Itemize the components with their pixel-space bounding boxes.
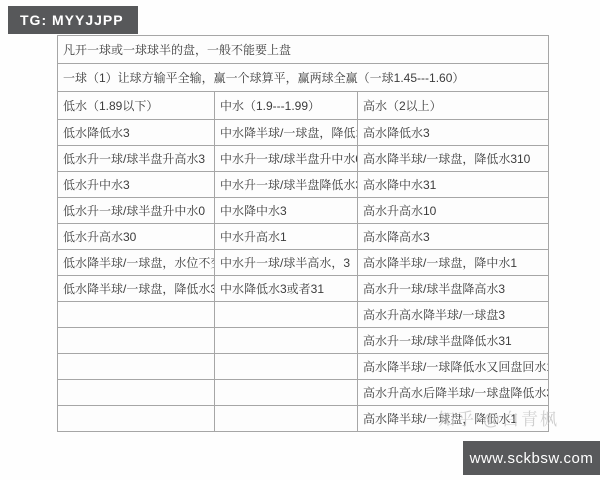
table-row: 高水降半球/一球盘，降低水1	[58, 406, 549, 432]
cell-low-2: 低水升中水3	[58, 172, 215, 198]
cell-high-2: 高水降中水31	[358, 172, 549, 198]
cell-high-7: 高水升高水降半球/一球盘3	[358, 302, 549, 328]
table-head-section: 凡开一球或一球球半的盘，一般不能要上盘 一球（1）让球方输平全输，赢一个球算平，…	[58, 36, 549, 120]
note-line-2: 一球（1）让球方输平全输，赢一个球算平，赢两球全赢（一球1.45---1.60）	[58, 64, 549, 92]
cell-mid-6: 中水降低水3或者31	[215, 276, 358, 302]
cell-high-11: 高水降半球/一球盘，降低水1	[358, 406, 549, 432]
cell-mid-7	[215, 302, 358, 328]
cell-mid-8	[215, 328, 358, 354]
cell-low-9	[58, 354, 215, 380]
note-line-1: 凡开一球或一球球半的盘，一般不能要上盘	[58, 36, 549, 64]
table-row: 低水升一球/球半盘升中水0中水降中水3高水升高水10	[58, 198, 549, 224]
cell-high-0: 高水降低水3	[358, 120, 549, 146]
cell-mid-10	[215, 380, 358, 406]
cell-high-9: 高水降半球/一球降低水又回盘回水1	[358, 354, 549, 380]
cell-low-1: 低水升一球/球半盘升高水3	[58, 146, 215, 172]
header-row: 低水（1.89以下） 中水（1.9---1.99） 高水（2以上）	[58, 92, 549, 120]
cell-low-7	[58, 302, 215, 328]
table-row: 低水升中水3中水升一球/球半盘降低水31高水降中水31	[58, 172, 549, 198]
site-badge: www.sckbsw.com	[463, 441, 600, 475]
cell-low-8	[58, 328, 215, 354]
cell-mid-1: 中水升一球/球半盘升中水0	[215, 146, 358, 172]
cell-high-10: 高水升高水后降半球/一球盘降低水3	[358, 380, 549, 406]
column-header-low: 低水（1.89以下）	[58, 92, 215, 120]
table-row: 低水升一球/球半盘升高水3中水升一球/球半盘升中水0高水降半球/一球盘，降低水3…	[58, 146, 549, 172]
tg-badge: TG: MYYJJPP	[8, 6, 138, 34]
page: TG: MYYJJPP 凡开一球或一球球半的盘，一般不能要上盘 一球（1）让球方…	[0, 0, 600, 480]
table-row: 高水升高水后降半球/一球盘降低水3	[58, 380, 549, 406]
table-body-section: 低水降低水3中水降半球/一球盘，降低水3高水降低水3低水升一球/球半盘升高水3中…	[58, 120, 549, 432]
cell-low-3: 低水升一球/球半盘升中水0	[58, 198, 215, 224]
cell-high-1: 高水降半球/一球盘，降低水310	[358, 146, 549, 172]
note-row: 一球（1）让球方输平全输，赢一个球算平，赢两球全赢（一球1.45---1.60）	[58, 64, 549, 92]
cell-low-11	[58, 406, 215, 432]
cell-high-6: 高水升一球/球半盘降高水3	[358, 276, 549, 302]
cell-low-4: 低水升高水30	[58, 224, 215, 250]
cell-high-8: 高水升一球/球半盘降低水31	[358, 328, 549, 354]
table-row: 高水升一球/球半盘降低水31	[58, 328, 549, 354]
cell-low-0: 低水降低水3	[58, 120, 215, 146]
odds-table: 凡开一球或一球球半的盘，一般不能要上盘 一球（1）让球方输平全输，赢一个球算平，…	[57, 35, 549, 432]
table-row: 低水降半球/一球盘，水位不变1中水升一球/球半高水，3高水降半球/一球盘，降中水…	[58, 250, 549, 276]
table-row: 低水降半球/一球盘，降低水3中水降低水3或者31高水升一球/球半盘降高水3	[58, 276, 549, 302]
cell-low-10	[58, 380, 215, 406]
column-header-mid: 中水（1.9---1.99）	[215, 92, 358, 120]
cell-mid-5: 中水升一球/球半高水，3	[215, 250, 358, 276]
cell-mid-4: 中水升高水1	[215, 224, 358, 250]
table-row: 低水升高水30中水升高水1高水降高水3	[58, 224, 549, 250]
cell-mid-11	[215, 406, 358, 432]
cell-high-4: 高水降高水3	[358, 224, 549, 250]
cell-high-5: 高水降半球/一球盘，降中水1	[358, 250, 549, 276]
cell-mid-0: 中水降半球/一球盘，降低水3	[215, 120, 358, 146]
cell-low-6: 低水降半球/一球盘，降低水3	[58, 276, 215, 302]
cell-mid-9	[215, 354, 358, 380]
table-row: 高水降半球/一球降低水又回盘回水1	[58, 354, 549, 380]
table-row: 低水降低水3中水降半球/一球盘，降低水3高水降低水3	[58, 120, 549, 146]
column-header-high: 高水（2以上）	[358, 92, 549, 120]
note-row: 凡开一球或一球球半的盘，一般不能要上盘	[58, 36, 549, 64]
cell-mid-2: 中水升一球/球半盘降低水31	[215, 172, 358, 198]
cell-high-3: 高水升高水10	[358, 198, 549, 224]
cell-mid-3: 中水降中水3	[215, 198, 358, 224]
cell-low-5: 低水降半球/一球盘，水位不变1	[58, 250, 215, 276]
table-row: 高水升高水降半球/一球盘3	[58, 302, 549, 328]
